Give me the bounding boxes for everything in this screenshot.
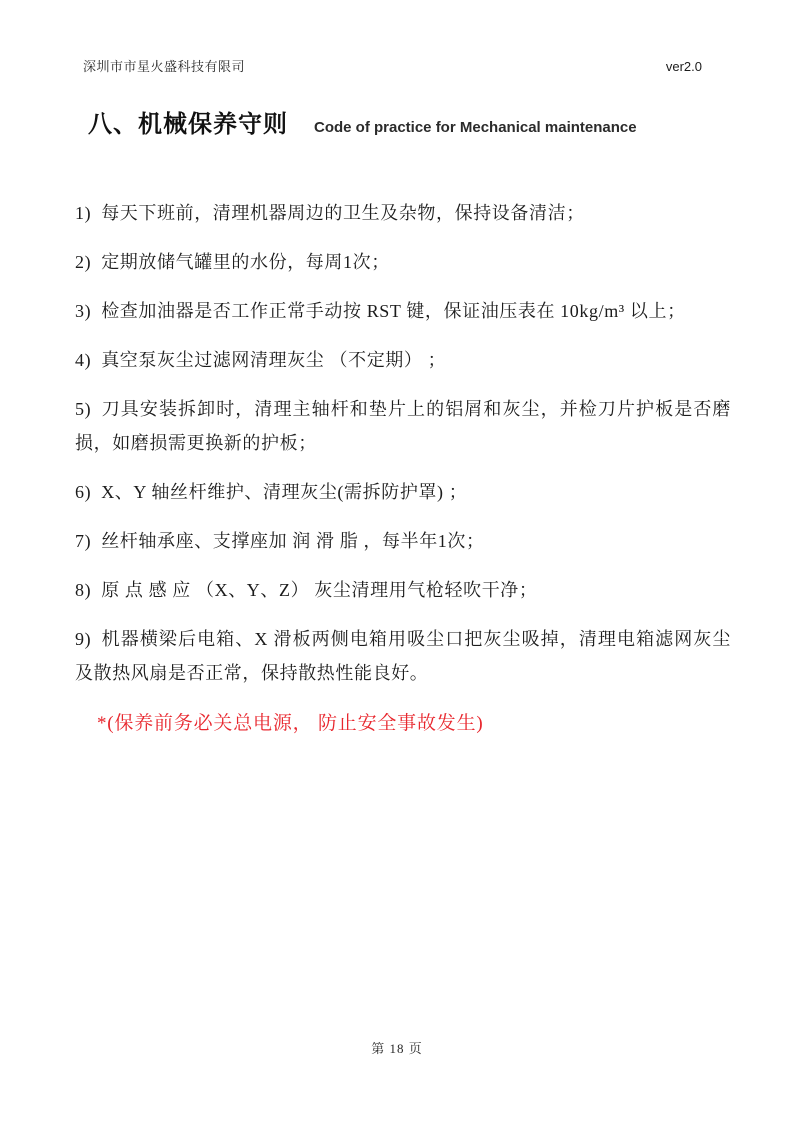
list-item-text: 原 点 感 应 （X、Y、Z） 灰尘清理用气枪轻吹干净；: [101, 580, 537, 600]
list-item: 5)刀具安装拆卸时，清理主轴杆和垫片上的铝屑和灰尘，并检刀片护板是否磨损，如磨损…: [75, 392, 731, 460]
list-item-number: 1): [75, 203, 91, 223]
list-item: 3)检查加油器是否工作正常手动按 RST 键，保证油压表在 10kg/m³ 以上…: [75, 294, 731, 328]
document-page: 深圳市市星火盛科技有限司 ver2.0 八、机械保养守则 Code of pra…: [0, 0, 794, 1123]
list-item: 9)机器横梁后电箱、X 滑板两侧电箱用吸尘口把灰尘吸掉，清理电箱滤网灰尘及散热风…: [75, 622, 731, 690]
list-item: 4)真空泵灰尘过滤网清理灰尘 （不定期） ；: [75, 343, 731, 377]
list-item-number: 6): [75, 482, 91, 502]
list-item-number: 8): [75, 580, 91, 600]
list-item-text: 定期放储气罐里的水份，每周1次；: [101, 252, 390, 272]
list-item-text: 机器横梁后电箱、X 滑板两侧电箱用吸尘口把灰尘吸掉，清理电箱滤网灰尘及散热风扇是…: [75, 629, 731, 683]
maintenance-list: 1)每天下班前，清理机器周边的卫生及杂物，保持设备清洁； 2)定期放储气罐里的水…: [75, 196, 731, 741]
page-footer: 第 18 页: [0, 1038, 794, 1057]
list-item-number: 5): [75, 399, 91, 419]
page-header: 深圳市市星火盛科技有限司 ver2.0: [83, 56, 702, 75]
company-name: 深圳市市星火盛科技有限司: [83, 56, 245, 75]
list-item-text: 检查加油器是否工作正常手动按 RST 键，保证油压表在 10kg/m³ 以上；: [101, 301, 685, 321]
list-item-number: 7): [75, 531, 91, 551]
list-item: 2)定期放储气罐里的水份，每周1次；: [75, 245, 731, 279]
version-label: ver2.0: [666, 59, 702, 74]
section-title-en: Code of practice for Mechanical maintena…: [314, 119, 637, 136]
list-item: 7)丝杆轴承座、支撑座加 润 滑 脂 ，每半年1次；: [75, 524, 731, 558]
list-item-number: 3): [75, 301, 91, 321]
list-item-number: 2): [75, 252, 91, 272]
list-item-text: 丝杆轴承座、支撑座加 润 滑 脂 ，每半年1次；: [101, 531, 484, 551]
list-item-text: 真空泵灰尘过滤网清理灰尘 （不定期） ；: [101, 350, 446, 370]
list-item-text: 每天下班前，清理机器周边的卫生及杂物，保持设备清洁；: [101, 203, 585, 223]
list-item-text: X、Y 轴丝杆维护、清理灰尘(需拆防护罩) ；: [101, 482, 467, 502]
list-item-number: 4): [75, 350, 91, 370]
list-item: 6)X、Y 轴丝杆维护、清理灰尘(需拆防护罩) ；: [75, 475, 731, 509]
safety-warning: *(保养前务必关总电源， 防止安全事故发生): [97, 707, 731, 741]
page-number: 第 18 页: [371, 1041, 423, 1056]
list-item-number: 9): [75, 629, 91, 649]
section-title-zh: 八、机械保养守则: [88, 104, 288, 139]
list-item: 1)每天下班前，清理机器周边的卫生及杂物，保持设备清洁；: [75, 196, 731, 230]
list-item-text: 刀具安装拆卸时，清理主轴杆和垫片上的铝屑和灰尘，并检刀片护板是否磨损，如磨损需更…: [75, 399, 731, 453]
section-title: 八、机械保养守则 Code of practice for Mechanical…: [88, 104, 734, 139]
list-item: 8)原 点 感 应 （X、Y、Z） 灰尘清理用气枪轻吹干净；: [75, 573, 731, 607]
